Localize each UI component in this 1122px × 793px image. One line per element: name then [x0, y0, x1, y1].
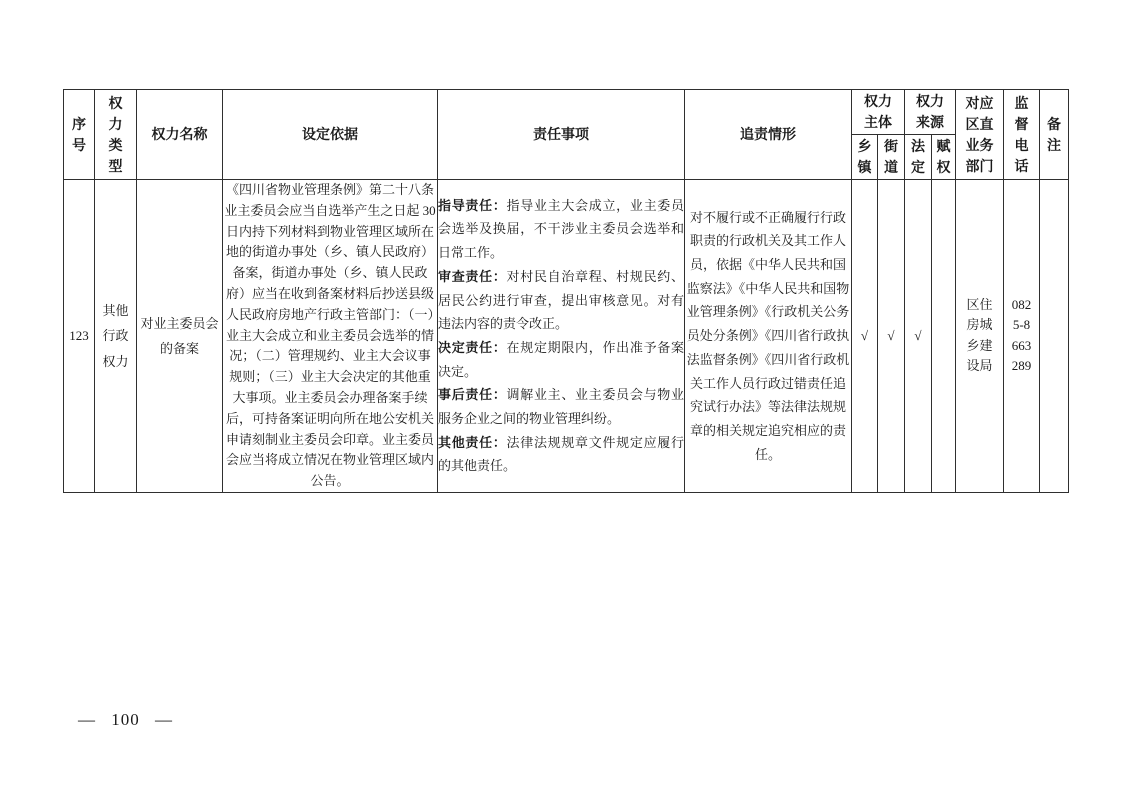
cell-township-check: √ — [852, 180, 878, 493]
col-header-street: 街 道 — [878, 135, 905, 180]
col-header-power-name: 权力名称 — [137, 90, 223, 180]
col-header-duties: 责任事项 — [438, 90, 685, 180]
col-header-power-type: 权 力 类 型 — [95, 90, 137, 180]
cell-statutory-check: √ — [905, 180, 932, 493]
table-body: 123 其他 行政 权力 对业主委员会 的备案 《四川省物业管理条例》第二十八条… — [64, 180, 1069, 493]
cell-delegated-check — [932, 180, 956, 493]
cell-supervision-phone: 082 5-8 663 289 — [1004, 180, 1040, 493]
col-header-supervision-phone: 监 督 电 话 — [1004, 90, 1040, 180]
cell-legal-basis: 《四川省物业管理条例》第二十八条 业主委员会应当自选举产生之日起 30 日内持下… — [223, 180, 438, 493]
cell-power-name: 对业主委员会 的备案 — [137, 180, 223, 493]
col-header-serial: 序 号 — [64, 90, 95, 180]
col-header-power-subject: 权力 主体 — [852, 90, 905, 135]
cell-street-check: √ — [878, 180, 905, 493]
cell-duties: 指导责任：指导业主大会成立，业主委员会选举及换届，不干涉业主委员会选举和日常工作… — [438, 180, 685, 493]
table-row: 123 其他 行政 权力 对业主委员会 的备案 《四川省物业管理条例》第二十八条… — [64, 180, 1069, 493]
document-page: 序 号 权 力 类 型 权力名称 设定依据 责任事项 追责情形 权力 主体 权力… — [0, 0, 1122, 793]
col-header-delegated: 赋 权 — [932, 135, 956, 180]
header-row-top: 序 号 权 力 类 型 权力名称 设定依据 责任事项 追责情形 权力 主体 权力… — [64, 90, 1069, 135]
cell-district-dept: 区住 房城 乡建 设局 — [956, 180, 1004, 493]
page-number: — 100 — — [78, 710, 173, 730]
col-header-township: 乡 镇 — [852, 135, 878, 180]
cell-remarks — [1040, 180, 1069, 493]
cell-power-type: 其他 行政 权力 — [95, 180, 137, 493]
cell-liability: 对不履行或不正确履行行政职责的行政机关及其工作人员，依据《中华人民共和国监察法》… — [685, 180, 852, 493]
cell-serial: 123 — [64, 180, 95, 493]
col-header-statutory: 法 定 — [905, 135, 932, 180]
table-header: 序 号 权 力 类 型 权力名称 设定依据 责任事项 追责情形 权力 主体 权力… — [64, 90, 1069, 180]
col-header-legal-basis: 设定依据 — [223, 90, 438, 180]
col-header-district-dept: 对应 区直 业务 部门 — [956, 90, 1004, 180]
col-header-power-source: 权力 来源 — [905, 90, 956, 135]
col-header-liability: 追责情形 — [685, 90, 852, 180]
power-list-table: 序 号 权 力 类 型 权力名称 设定依据 责任事项 追责情形 权力 主体 权力… — [63, 89, 1069, 493]
col-header-remarks: 备 注 — [1040, 90, 1069, 180]
